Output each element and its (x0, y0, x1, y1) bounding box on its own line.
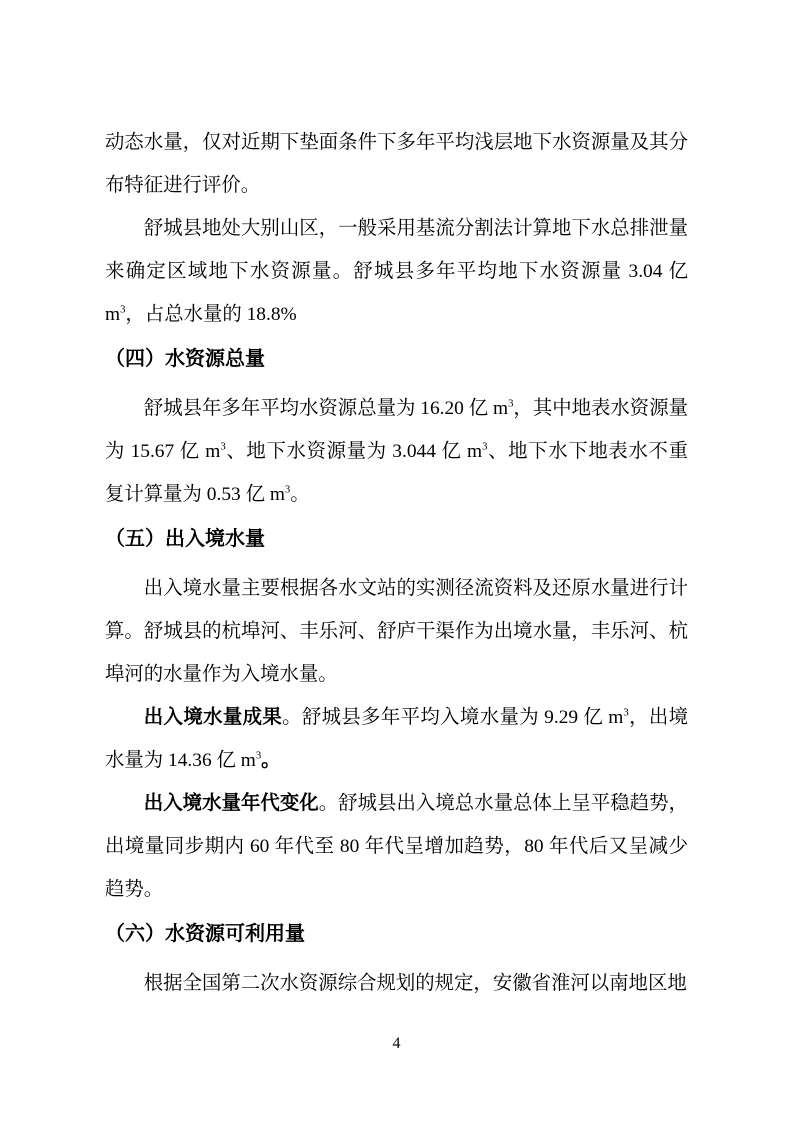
text-segment: 根据全国第二次水资源综合规划的规定，安徽省淮河以南地区地 (144, 973, 687, 994)
text-segment: ，占总水量的 18.8% (125, 304, 296, 325)
paragraph: 动态水量，仅对近期下垫面条件下多年平均浅层地下水资源量及其分布特征进行评价。 (105, 121, 688, 207)
text-segment: 动态水量，仅对近期下垫面条件下多年平均浅层地下水资源量及其分布特征进行评价。 (105, 132, 688, 196)
section-heading: （六）水资源可利用量 (105, 913, 688, 956)
page-footer: 4 (0, 1034, 793, 1054)
paragraph: 出入境水量年代变化。舒城县出入境总水量总体上呈平稳趋势，出境量同步期内 60 年… (105, 782, 688, 911)
document-body: 动态水量，仅对近期下垫面条件下多年平均浅层地下水资源量及其分布特征进行评价。舒城… (105, 121, 688, 1005)
text-segment: 。 (290, 484, 309, 505)
bold-text-segment: 。 (261, 749, 280, 771)
section-heading: （五）出入境水量 (105, 518, 688, 561)
document-page: 动态水量，仅对近期下垫面条件下多年平均浅层地下水资源量及其分布特征进行评价。舒城… (0, 0, 793, 1122)
text-segment: 出入境水量主要根据各水文站的实测径流资料及还原水量进行计算。舒城县的杭埠河、丰乐… (105, 578, 688, 685)
text-segment: 、地下水资源量为 3.044 亿 m (226, 441, 482, 462)
text-segment: （四）水资源总量 (105, 348, 265, 370)
paragraph: 出入境水量主要根据各水文站的实测径流资料及还原水量进行计算。舒城县的杭埠河、丰乐… (105, 567, 688, 696)
paragraph: 根据全国第二次水资源综合规划的规定，安徽省淮河以南地区地 (105, 962, 688, 1005)
bold-text-segment: 出入境水量年代变化 (144, 792, 319, 814)
text-segment: 舒城县年多年平均水资源总量为 16.20 亿 m (144, 398, 508, 419)
paragraph: 舒城县地处大别山区，一般采用基流分割法计算地下水总排泄量来确定区域地下水资源量。… (105, 207, 688, 336)
bold-text-segment: 出入境水量成果 (144, 706, 282, 728)
paragraph: 舒城县年多年平均水资源总量为 16.20 亿 m3，其中地表水资源量为 15.6… (105, 387, 688, 516)
section-heading: （四）水资源总量 (105, 338, 688, 381)
page-number: 4 (393, 1035, 401, 1052)
text-segment: （五）出入境水量 (105, 528, 265, 550)
text-segment: （六）水资源可利用量 (105, 923, 305, 945)
paragraph: 出入境水量成果。舒城县多年平均入境水量为 9.29 亿 m3，出境水量为 14.… (105, 696, 688, 782)
text-segment: 。舒城县多年平均入境水量为 9.29 亿 m (282, 707, 623, 728)
